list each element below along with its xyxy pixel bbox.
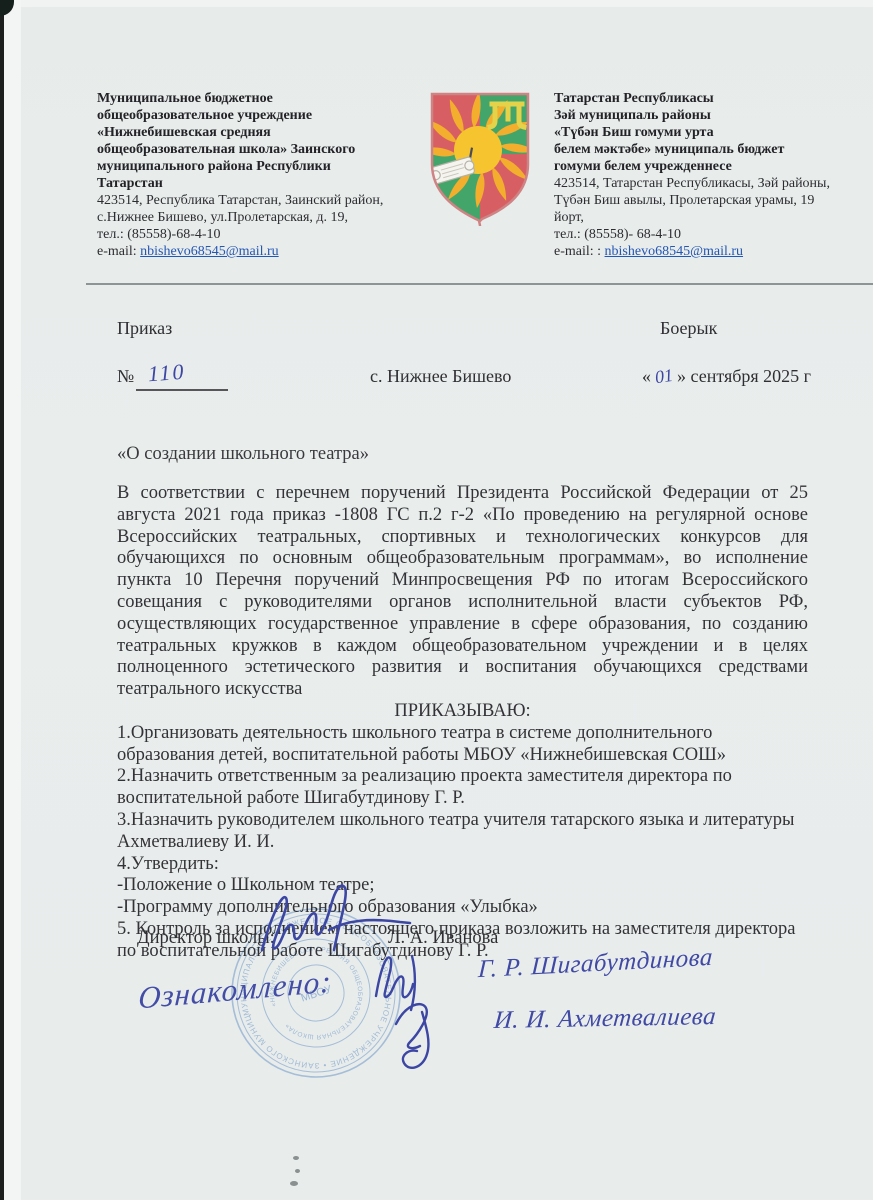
org-name-line: белем мәктәбе» муниципаль бюджет — [554, 141, 869, 158]
org-name-line: «Түбән Биш гомуми урта — [554, 124, 869, 141]
scan-speck — [293, 1156, 299, 1160]
email-link[interactable]: nbishevo68545@mail.ru — [605, 244, 744, 259]
email-prefix: e-mail: — [97, 244, 140, 259]
org-name-line: гомуми белем учрежденнесе — [554, 158, 869, 175]
order-type-ru: Приказ — [117, 318, 172, 339]
order-type-tt: Боерык — [660, 318, 717, 339]
order-item: 3.Назначить руководителем школьного теат… — [117, 810, 808, 854]
order-number-handwritten: 110 — [147, 359, 186, 388]
ack-name-akhmetvalieva: И. И. Ахметвалиева — [493, 1003, 718, 1035]
org-name-line: общеобразовательная школа» Заинского — [97, 141, 437, 158]
order-item: 1.Организовать деятельность школьного те… — [117, 723, 808, 767]
email-prefix: e-mail: : — [554, 244, 605, 259]
org-name-line: муниципального района Республики — [97, 158, 437, 175]
org-header-tatar: Татарстан Республикасы Зәй муниципаль ра… — [554, 90, 869, 260]
org-name-line: Татарстан — [97, 175, 437, 192]
order-date: «01» сентября 2025 г — [642, 366, 811, 387]
scanned-order-document: Муниципальное бюджетное общеобразователь… — [0, 0, 873, 1200]
number-underline — [136, 389, 228, 391]
date-day-handwritten: 01 — [650, 364, 679, 388]
org-address-line: с.Нижнее Бишево, ул.Пролетарская, д. 19, — [97, 209, 437, 226]
zainsk-coat-of-arms — [424, 88, 536, 231]
org-name-line: общеобразовательное учреждение — [97, 107, 437, 124]
org-address-line: тел.: (85558)- 68-4-10 — [554, 226, 869, 243]
order-item: -Положение о Школьном театре; — [117, 875, 808, 897]
order-place: с. Нижнее Бишево — [370, 366, 511, 387]
org-address-line: 423514, Татарстан Республикасы, Зәй райо… — [554, 175, 869, 192]
paper-edge — [4, 0, 21, 1200]
scan-left-edge — [0, 0, 4, 1200]
paper-top-edge — [21, 0, 873, 7]
preamble-paragraph: В соответствии с перечнем поручений През… — [117, 483, 808, 701]
org-email-line: e-mail: nbishevo68545@mail.ru — [97, 243, 437, 260]
order-item: 4.Утвердить: — [117, 854, 808, 876]
order-body: В соответствии с перечнем поручений През… — [117, 483, 808, 963]
org-name-line: «Нижнебишевская средняя — [97, 124, 437, 141]
ack-signature-2-icon — [384, 992, 464, 1077]
org-email-line: e-mail: : nbishevo68545@mail.ru — [554, 243, 869, 260]
order-item: 2.Назначить ответственным за реализацию … — [117, 766, 808, 810]
coat-of-arms-icon — [424, 88, 536, 226]
org-name-line: Зәй муниципаль районы — [554, 107, 869, 124]
scan-speck — [290, 1181, 298, 1186]
email-link[interactable]: nbishevo68545@mail.ru — [140, 244, 279, 259]
org-name-line: Татарстан Республикасы — [554, 90, 869, 107]
org-address-line: 423514, Республика Татарстан, Заинский р… — [97, 192, 437, 209]
order-item: -Программу дополнительного образования «… — [117, 897, 808, 919]
org-address-line: тел.: (85558)-68-4-10 — [97, 226, 437, 243]
org-address-line: Түбән Биш авылы, Пролетарская урамы, 19 — [554, 192, 869, 209]
scan-speck — [295, 1169, 300, 1173]
header-divider-line — [86, 283, 873, 285]
org-header-russian: Муниципальное бюджетное общеобразователь… — [97, 90, 437, 260]
org-address-line: йорт, — [554, 209, 869, 226]
resolve-word: ПРИКАЗЫВАЮ: — [117, 701, 808, 723]
org-name-line: Муниципальное бюджетное — [97, 90, 437, 107]
order-number-label: № — [117, 366, 134, 387]
order-title: «О создании школьного театра» — [117, 444, 369, 465]
date-rest: » сентября 2025 г — [677, 366, 811, 386]
